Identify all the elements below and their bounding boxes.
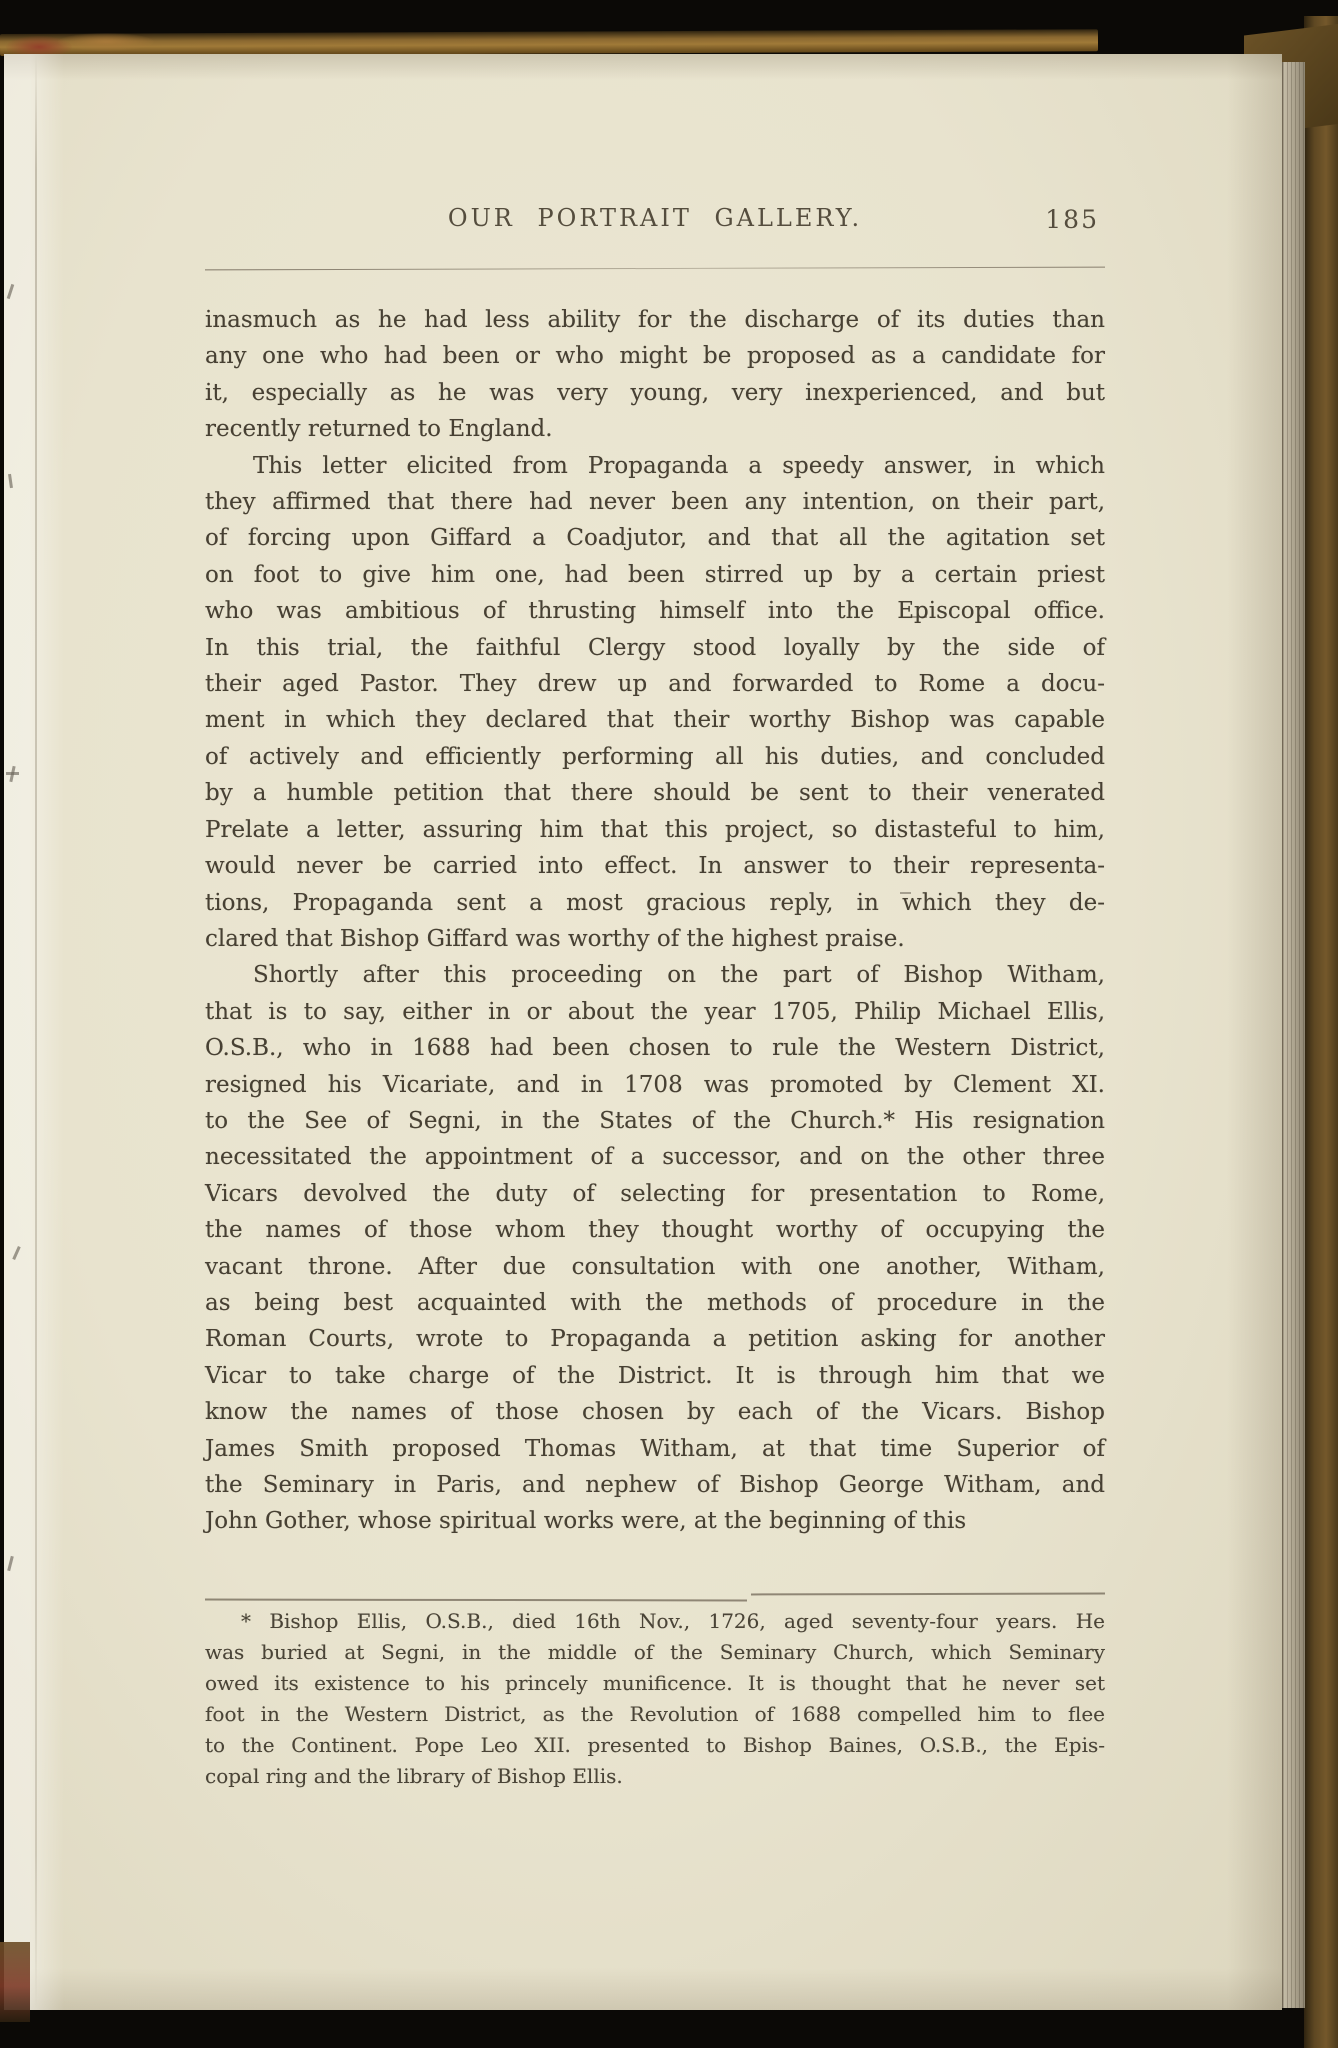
text-line: ment in which they declared that their w… bbox=[205, 702, 1105, 738]
text-line: know the names of those chosen by each o… bbox=[205, 1394, 1105, 1430]
margin-mark bbox=[8, 474, 13, 488]
footnote-rule bbox=[751, 1593, 1105, 1596]
text-line: that is to say, either in or about the y… bbox=[205, 994, 1105, 1030]
margin-mark bbox=[12, 1246, 20, 1260]
text-line: Vicar to take charge of the District. It… bbox=[205, 1358, 1105, 1394]
text-line: James Smith proposed Thomas Witham, at t… bbox=[205, 1431, 1105, 1467]
text-line: on foot to give him one, had been stirre… bbox=[205, 557, 1105, 593]
paragraph: inasmuch as he had less ability for the … bbox=[205, 302, 1105, 448]
margin-mark bbox=[7, 1556, 14, 1571]
text-line: In this trial, the faithful Clergy stood… bbox=[205, 630, 1105, 666]
book-cover-corner bbox=[0, 1942, 30, 2022]
text-line: clared that Bishop Giffard was worthy of… bbox=[205, 921, 1105, 957]
text-line: of forcing upon Giffard a Coadjutor, and… bbox=[205, 520, 1105, 556]
page-edge-stack bbox=[1282, 62, 1305, 2008]
footnote-rule bbox=[205, 1599, 747, 1602]
text-line: * Bishop Ellis, O.S.B., died 16th Nov., … bbox=[205, 1606, 1105, 1637]
text-line: inasmuch as he had less ability for the … bbox=[205, 302, 1105, 338]
text-line: Prelate a letter, assuring him that this… bbox=[205, 812, 1105, 848]
text-line: necessitated the appointment of a succes… bbox=[205, 1139, 1105, 1175]
margin-mark bbox=[6, 772, 19, 775]
text-line: owed its existence to his princely munif… bbox=[205, 1668, 1105, 1699]
text-line: recently returned to England. bbox=[205, 411, 1105, 447]
text-line: copal ring and the library of Bishop Ell… bbox=[205, 1761, 1105, 1792]
page-title: OUR PORTRAIT GALLERY. bbox=[205, 204, 1105, 232]
text-line: by a humble petition that there should b… bbox=[205, 775, 1105, 811]
text-line: Vicars devolved the duty of selecting fo… bbox=[205, 1176, 1105, 1212]
margin-mark bbox=[7, 284, 14, 299]
text-line: O.S.B., who in 1688 had been chosen to r… bbox=[205, 1030, 1105, 1066]
book-page: OUR PORTRAIT GALLERY. 185 inasmuch as he… bbox=[4, 54, 1282, 2010]
text-line: the Seminary in Paris, and nephew of Bis… bbox=[205, 1467, 1105, 1503]
text-line: tions, Propaganda sent a most gracious r… bbox=[205, 885, 1105, 921]
book-scan-photo: OUR PORTRAIT GALLERY. 185 inasmuch as he… bbox=[0, 0, 1338, 2048]
footnote-text: * Bishop Ellis, O.S.B., died 16th Nov., … bbox=[205, 1606, 1105, 1792]
text-line: Roman Courts, wrote to Propaganda a peti… bbox=[205, 1321, 1105, 1357]
text-line: it, especially as he was very young, ver… bbox=[205, 375, 1105, 411]
text-line: their aged Pastor. They drew up and forw… bbox=[205, 666, 1105, 702]
gutter-crease bbox=[35, 54, 37, 2010]
paragraph: This letter elicited from Propaganda a s… bbox=[205, 448, 1105, 958]
running-header: OUR PORTRAIT GALLERY. 185 bbox=[205, 204, 1105, 240]
header-rule bbox=[205, 267, 1105, 271]
text-line: foot in the Western District, as the Rev… bbox=[205, 1699, 1105, 1730]
text-line: who was ambitious of thrusting himself i… bbox=[205, 593, 1105, 629]
paragraph: Shortly after this proceeding on the par… bbox=[205, 957, 1105, 1540]
book-top-gilt-edge bbox=[0, 29, 1098, 56]
text-line: Shortly after this proceeding on the par… bbox=[205, 957, 1105, 993]
book-cover-edge bbox=[1304, 16, 1338, 2048]
body-text: inasmuch as he had less ability for the … bbox=[205, 302, 1105, 1540]
text-line: as being best acquainted with the method… bbox=[205, 1285, 1105, 1321]
text-line: any one who had been or who might be pro… bbox=[205, 338, 1105, 374]
text-line: of actively and efficiently performing a… bbox=[205, 739, 1105, 775]
text-line: to the See of Segni, in the States of th… bbox=[205, 1103, 1105, 1139]
text-line: was buried at Segni, in the middle of th… bbox=[205, 1637, 1105, 1668]
text-line: the names of those whom they thought wor… bbox=[205, 1212, 1105, 1248]
cover-wear-mark bbox=[58, 33, 154, 51]
text-line: they affirmed that there had never been … bbox=[205, 484, 1105, 520]
text-line: would never be carried into effect. In a… bbox=[205, 848, 1105, 884]
text-line: This letter elicited from Propaganda a s… bbox=[205, 448, 1105, 484]
text-line: vacant throne. After due consultation wi… bbox=[205, 1249, 1105, 1285]
text-line: John Gother, whose spiritual works were,… bbox=[205, 1503, 1105, 1539]
text-line: to the Continent. Pope Leo XII. presente… bbox=[205, 1730, 1105, 1761]
text-line: resigned his Vicariate, and in 1708 was … bbox=[205, 1067, 1105, 1103]
page-number: 185 bbox=[1045, 205, 1099, 234]
